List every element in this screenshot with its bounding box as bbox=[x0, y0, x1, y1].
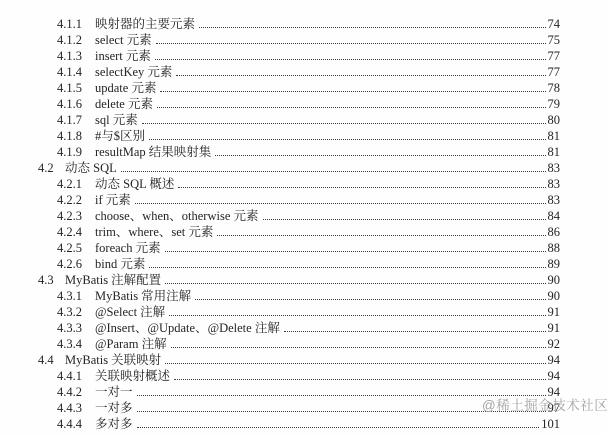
toc-entry: 4.4.1关联映射概述94 bbox=[0, 368, 560, 384]
toc-entry-title: update 元素 bbox=[95, 80, 156, 96]
toc-entry-page: 75 bbox=[548, 32, 561, 48]
toc-entry-page: 81 bbox=[548, 128, 561, 144]
toc-entry-page: 88 bbox=[548, 240, 561, 256]
dotted-leader bbox=[155, 48, 546, 60]
toc-entry: 4.1.2select 元素75 bbox=[0, 32, 560, 48]
toc-entry-title: bind 元素 bbox=[95, 256, 145, 272]
toc-entry-number: 4.4.3 bbox=[57, 400, 95, 416]
dotted-leader bbox=[217, 224, 545, 236]
dotted-leader bbox=[135, 192, 546, 204]
toc-entry: 4.2.1动态 SQL 概述83 bbox=[0, 176, 560, 192]
toc-entry-number: 4.2.3 bbox=[57, 208, 95, 224]
site-watermark: @稀土掘金技术社区 bbox=[482, 398, 607, 414]
toc-entry: 4.2动态 SQL83 bbox=[0, 160, 560, 176]
toc-entry-title: foreach 元素 bbox=[95, 240, 161, 256]
toc-entry-number: 4.2.4 bbox=[57, 224, 95, 240]
toc-entry-number: 4.1.5 bbox=[57, 80, 95, 96]
toc-entry-page: 83 bbox=[548, 192, 561, 208]
toc-entry-title: 动态 SQL bbox=[65, 160, 117, 176]
toc-entry: 4.2.4trim、where、set 元素86 bbox=[0, 224, 560, 240]
dotted-leader bbox=[165, 352, 545, 364]
dotted-leader bbox=[215, 144, 545, 156]
toc-entry-title: trim、where、set 元素 bbox=[95, 224, 213, 240]
toc-entry-page: 101 bbox=[541, 416, 560, 432]
dotted-leader bbox=[199, 16, 545, 28]
dotted-leader bbox=[284, 320, 546, 332]
toc-entry-page: 83 bbox=[548, 176, 561, 192]
toc-entry-title: 多对多 bbox=[95, 416, 133, 432]
toc-entry: 4.1.7sql 元素80 bbox=[0, 112, 560, 128]
toc-entry-number: 4.3.1 bbox=[57, 288, 95, 304]
toc-entry: 4.4.3一对多97 bbox=[0, 400, 560, 416]
dotted-leader bbox=[137, 384, 546, 396]
toc-entry: 4.1.5update 元素78 bbox=[0, 80, 560, 96]
toc-entry: 4.4.4多对多101 bbox=[0, 416, 560, 432]
toc-entry-title: 动态 SQL 概述 bbox=[95, 176, 174, 192]
toc-entry-title: choose、when、otherwise 元素 bbox=[95, 208, 259, 224]
dotted-leader bbox=[165, 240, 546, 252]
toc-entry-title: 映射器的主要元素 bbox=[95, 16, 195, 32]
dotted-leader bbox=[149, 256, 545, 268]
toc-entry: 4.1.8#与$区别81 bbox=[0, 128, 560, 144]
toc-entry-title: if 元素 bbox=[95, 192, 131, 208]
toc-entry: 4.2.3choose、when、otherwise 元素84 bbox=[0, 208, 560, 224]
toc-entry-title: @Param 注解 bbox=[95, 336, 167, 352]
toc-entry-number: 4.4.2 bbox=[57, 384, 95, 400]
toc-entry: 4.3.3@Insert、@Update、@Delete 注解91 bbox=[0, 320, 560, 336]
toc-entry-number: 4.1.4 bbox=[57, 64, 95, 80]
toc-entry-number: 4.1.6 bbox=[57, 96, 95, 112]
toc-entry-title: select 元素 bbox=[95, 32, 152, 48]
toc-entry-number: 4.3.3 bbox=[57, 320, 95, 336]
toc-entry-title: 一对多 bbox=[95, 400, 133, 416]
toc-entry-page: 79 bbox=[548, 96, 561, 112]
toc-entry: 4.3.2@Select 注解91 bbox=[0, 304, 560, 320]
toc-entry-title: MyBatis 关联映射 bbox=[65, 352, 161, 368]
toc-entry: 4.2.6bind 元素89 bbox=[0, 256, 560, 272]
toc-entry-title: @Select 注解 bbox=[95, 304, 165, 320]
toc-entry-title: MyBatis 常用注解 bbox=[95, 288, 191, 304]
toc-entry-title: #与$区别 bbox=[95, 128, 145, 144]
toc-entry-number: 4.3.4 bbox=[57, 336, 95, 352]
toc-entry-page: 90 bbox=[548, 288, 561, 304]
dotted-leader bbox=[121, 160, 546, 172]
toc-entry-number: 4.3.2 bbox=[57, 304, 95, 320]
dotted-leader bbox=[149, 128, 545, 140]
toc-entry-number: 4.1.3 bbox=[57, 48, 95, 64]
toc-entry-title: insert 元素 bbox=[95, 48, 151, 64]
toc-entry: 4.1.9resultMap 结果映射集81 bbox=[0, 144, 560, 160]
dotted-leader bbox=[165, 272, 545, 284]
toc-entry-page: 92 bbox=[548, 336, 561, 352]
toc-entry: 4.3.1MyBatis 常用注解90 bbox=[0, 288, 560, 304]
toc-entry-number: 4.3 bbox=[38, 272, 65, 288]
toc-entry-number: 4.2.6 bbox=[57, 256, 95, 272]
toc-entry-number: 4.1.9 bbox=[57, 144, 95, 160]
toc-entry-title: delete 元素 bbox=[95, 96, 153, 112]
toc-entry-number: 4.1.2 bbox=[57, 32, 95, 48]
toc-entry: 4.4MyBatis 关联映射94 bbox=[0, 352, 560, 368]
dotted-leader bbox=[137, 416, 540, 428]
toc-entry-page: 81 bbox=[548, 144, 561, 160]
dotted-leader bbox=[174, 368, 545, 380]
toc-entry: 4.3.4@Param 注解92 bbox=[0, 336, 560, 352]
toc-entry-page: 94 bbox=[548, 352, 561, 368]
toc-entry-page: 86 bbox=[548, 224, 561, 240]
toc-entry-number: 4.1.1 bbox=[57, 16, 95, 32]
toc-entry: 4.1.4selectKey 元素77 bbox=[0, 64, 560, 80]
toc-entry-number: 4.2.1 bbox=[57, 176, 95, 192]
toc-entry: 4.1.6delete 元素79 bbox=[0, 96, 560, 112]
toc-entry-title: sql 元素 bbox=[95, 112, 138, 128]
toc-entry-page: 91 bbox=[548, 320, 561, 336]
toc-entry: 4.4.2一对一94 bbox=[0, 384, 560, 400]
dotted-leader bbox=[178, 176, 545, 188]
dotted-leader bbox=[195, 288, 545, 300]
toc-entry-number: 4.1.8 bbox=[57, 128, 95, 144]
toc-entry-number: 4.1.7 bbox=[57, 112, 95, 128]
dotted-leader bbox=[156, 32, 546, 44]
toc-page: 4.1.1映射器的主要元素744.1.2select 元素754.1.3inse… bbox=[0, 0, 607, 435]
toc-entry-page: 90 bbox=[548, 272, 561, 288]
dotted-leader bbox=[160, 80, 545, 92]
toc-entry-page: 91 bbox=[548, 304, 561, 320]
toc-entry-page: 78 bbox=[548, 80, 561, 96]
toc-entry-page: 94 bbox=[548, 368, 561, 384]
toc-entry: 4.1.3insert 元素77 bbox=[0, 48, 560, 64]
toc-entry-page: 74 bbox=[548, 16, 561, 32]
dotted-leader bbox=[171, 336, 546, 348]
toc-entry-page: 80 bbox=[548, 112, 561, 128]
toc-entry: 4.1.1映射器的主要元素74 bbox=[0, 16, 560, 32]
toc-entry-title: selectKey 元素 bbox=[95, 64, 172, 80]
dotted-leader bbox=[263, 208, 546, 220]
toc-entry-number: 4.2.5 bbox=[57, 240, 95, 256]
dotted-leader bbox=[157, 96, 546, 108]
toc-entry-number: 4.4 bbox=[38, 352, 65, 368]
toc-entry: 4.3MyBatis 注解配置90 bbox=[0, 272, 560, 288]
table-of-contents: 4.1.1映射器的主要元素744.1.2select 元素754.1.3inse… bbox=[0, 0, 607, 432]
toc-entry-page: 77 bbox=[548, 48, 561, 64]
toc-entry-title: MyBatis 注解配置 bbox=[65, 272, 161, 288]
toc-entry-title: 关联映射概述 bbox=[95, 368, 170, 384]
toc-entry-title: @Insert、@Update、@Delete 注解 bbox=[95, 320, 280, 336]
dotted-leader bbox=[169, 304, 545, 316]
toc-entry-page: 89 bbox=[548, 256, 561, 272]
dotted-leader bbox=[176, 64, 545, 76]
toc-entry-number: 4.4.1 bbox=[57, 368, 95, 384]
toc-entry-page: 77 bbox=[548, 64, 561, 80]
toc-entry-number: 4.2.2 bbox=[57, 192, 95, 208]
toc-entry-number: 4.2 bbox=[38, 160, 65, 176]
toc-entry-number: 4.4.4 bbox=[57, 416, 95, 432]
toc-entry-page: 84 bbox=[548, 208, 561, 224]
toc-entry-title: 一对一 bbox=[95, 384, 133, 400]
toc-entry: 4.2.2if 元素83 bbox=[0, 192, 560, 208]
toc-entry-page: 83 bbox=[548, 160, 561, 176]
toc-entry-title: resultMap 结果映射集 bbox=[95, 144, 211, 160]
dotted-leader bbox=[142, 112, 546, 124]
toc-entry: 4.2.5foreach 元素88 bbox=[0, 240, 560, 256]
